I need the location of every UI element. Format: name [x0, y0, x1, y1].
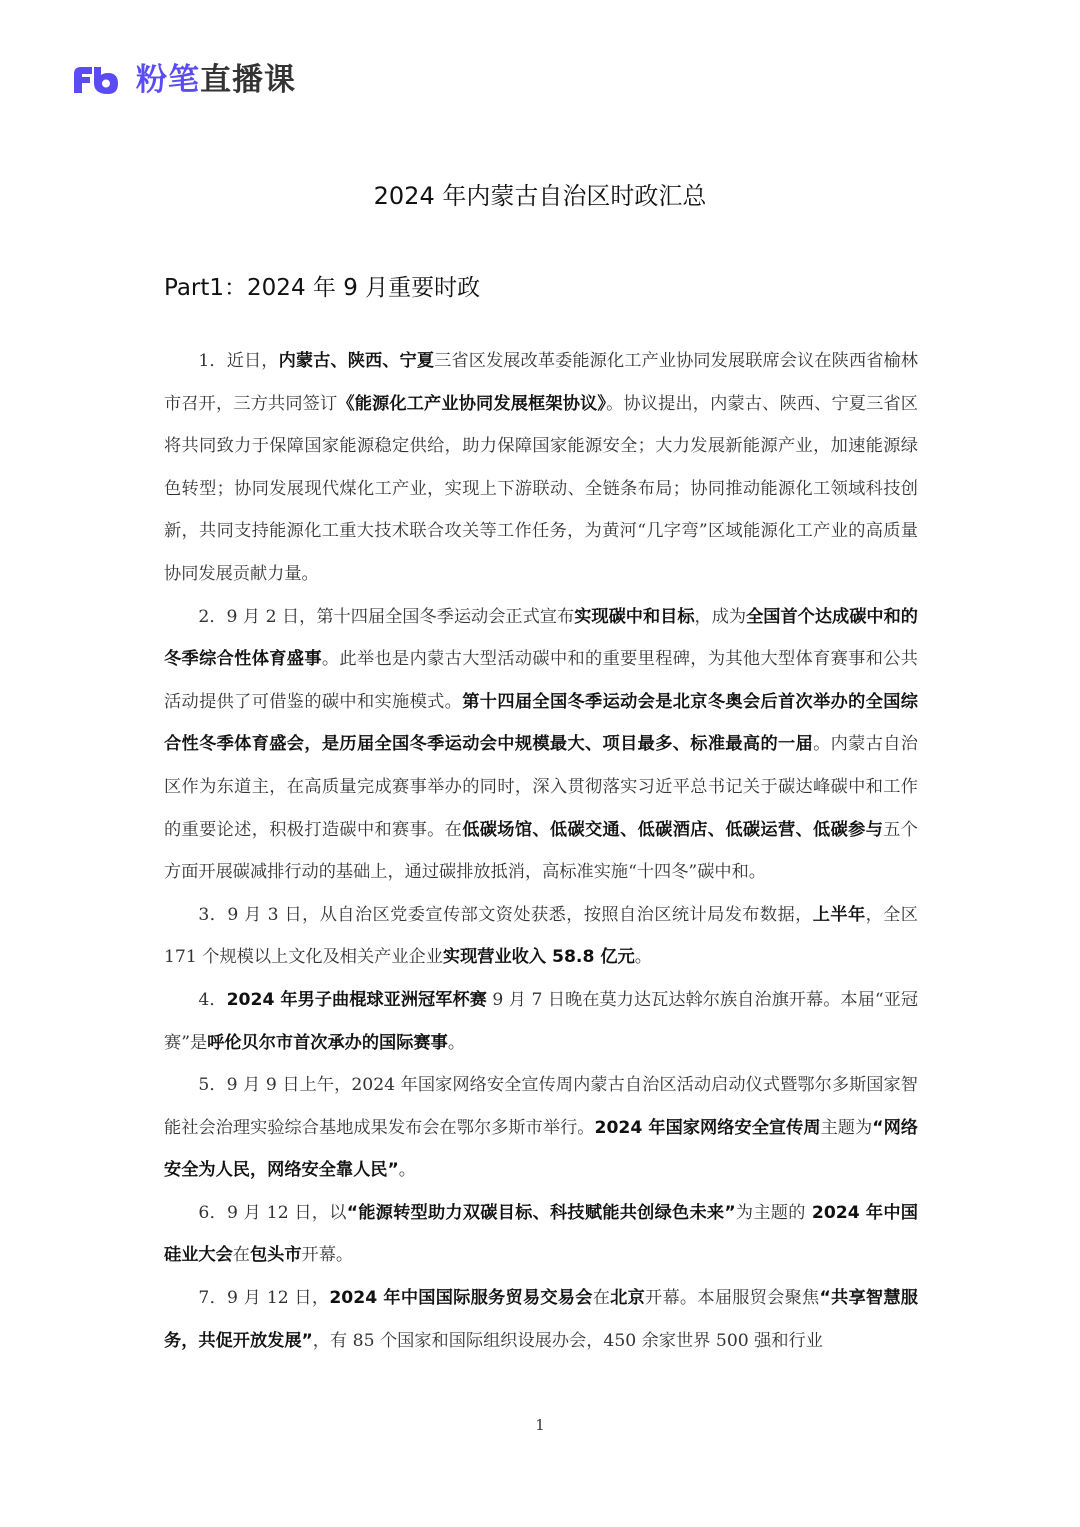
text-segment: 开幕。本届服贸会聚焦 [645, 1288, 819, 1308]
text-segment: 。 [635, 947, 652, 967]
page-number: 1 [0, 1416, 1080, 1434]
fb-logo-icon [72, 65, 120, 95]
text-segment: 主题为 [821, 1118, 873, 1138]
bold-text: 内蒙古、陕西、宁夏 [279, 351, 435, 371]
paragraph-item-2: 2．9 月 2 日，第十四届全国冬季运动会正式宣布实现碳中和目标，成为全国首个达… [164, 596, 918, 894]
logo-text: 粉笔直播课 [136, 60, 296, 100]
bold-text: 低碳场馆、低碳交通、低碳酒店、低碳运营、低碳参与 [462, 820, 883, 840]
text-segment: 7．9 月 12 日， [198, 1288, 329, 1308]
bold-text: 2024 年国家网络安全宣传周 [595, 1118, 821, 1138]
paragraph-item-7: 7．9 月 12 日，2024 年中国国际服务贸易交易会在北京开幕。本届服贸会聚… [164, 1277, 918, 1362]
bold-text: 包头市 [250, 1245, 302, 1265]
text-segment: 在 [593, 1288, 610, 1308]
text-segment: 。 [448, 1033, 465, 1053]
brand-logo: 粉笔直播课 [72, 60, 296, 100]
text-segment: 开幕。 [302, 1245, 354, 1265]
bold-text: “能源转型助力双碳目标、科技赋能共创绿色未来” [347, 1203, 736, 1223]
document-title: 2024 年内蒙古自治区时政汇总 [0, 176, 1080, 216]
bold-text: 北京 [610, 1288, 645, 1308]
bold-text: 《能源化工产业协同发展框架协议》 [337, 394, 606, 414]
document-body: 1．近日，内蒙古、陕西、宁夏三省区发展改革委能源化工产业协同发展联席会议在陕西省… [164, 340, 918, 1362]
logo-product: 直播课 [200, 62, 296, 98]
bold-text: 实现碳中和目标 [574, 607, 694, 627]
section-title: Part1：2024 年 9 月重要时政 [164, 268, 480, 308]
text-segment: 。协议提出，内蒙古、陕西、宁夏三省区将共同致力于保障国家能源稳定供给，助力保障国… [164, 394, 918, 584]
text-segment: 1．近日， [198, 351, 278, 371]
paragraph-item-5: 5．9 月 9 日上午，2024 年国家网络安全宣传周内蒙古自治区活动启动仪式暨… [164, 1064, 918, 1192]
bold-text: 2024 年男子曲棍球亚洲冠军杯赛 [227, 990, 487, 1010]
text-segment: 6．9 月 12 日，以 [198, 1203, 346, 1223]
bold-text: 上半年 [813, 905, 866, 925]
text-segment: 在 [233, 1245, 250, 1265]
paragraph-item-3: 3．9 月 3 日，从自治区党委宣传部文资处获悉，按照自治区统计局发布数据，上半… [164, 894, 918, 979]
text-segment: 4． [198, 990, 226, 1010]
bold-text: 2024 年中国国际服务贸易交易会 [329, 1288, 592, 1308]
text-segment: 2．9 月 2 日，第十四届全国冬季运动会正式宣布 [198, 607, 574, 627]
paragraph-item-6: 6．9 月 12 日，以“能源转型助力双碳目标、科技赋能共创绿色未来”为主题的 … [164, 1192, 918, 1277]
bold-text: 呼伦贝尔市首次承办的国际赛事 [207, 1033, 448, 1053]
text-segment: 。 [399, 1160, 416, 1180]
text-segment: 为主题的 [736, 1203, 806, 1223]
text-segment: ，成为 [695, 607, 747, 627]
text-segment: ，有 85 个国家和国际组织设展办会，450 余家世界 500 强和行业 [313, 1331, 823, 1351]
logo-brand: 粉笔 [136, 62, 200, 98]
bold-text: 实现营业收入 58.8 亿元 [443, 947, 635, 967]
paragraph-item-4: 4．2024 年男子曲棍球亚洲冠军杯赛 9 月 7 日晚在莫力达瓦达斡尔族自治旗… [164, 979, 918, 1064]
paragraph-item-1: 1．近日，内蒙古、陕西、宁夏三省区发展改革委能源化工产业协同发展联席会议在陕西省… [164, 340, 918, 596]
text-segment: 3．9 月 3 日，从自治区党委宣传部文资处获悉，按照自治区统计局发布数据， [198, 905, 812, 925]
